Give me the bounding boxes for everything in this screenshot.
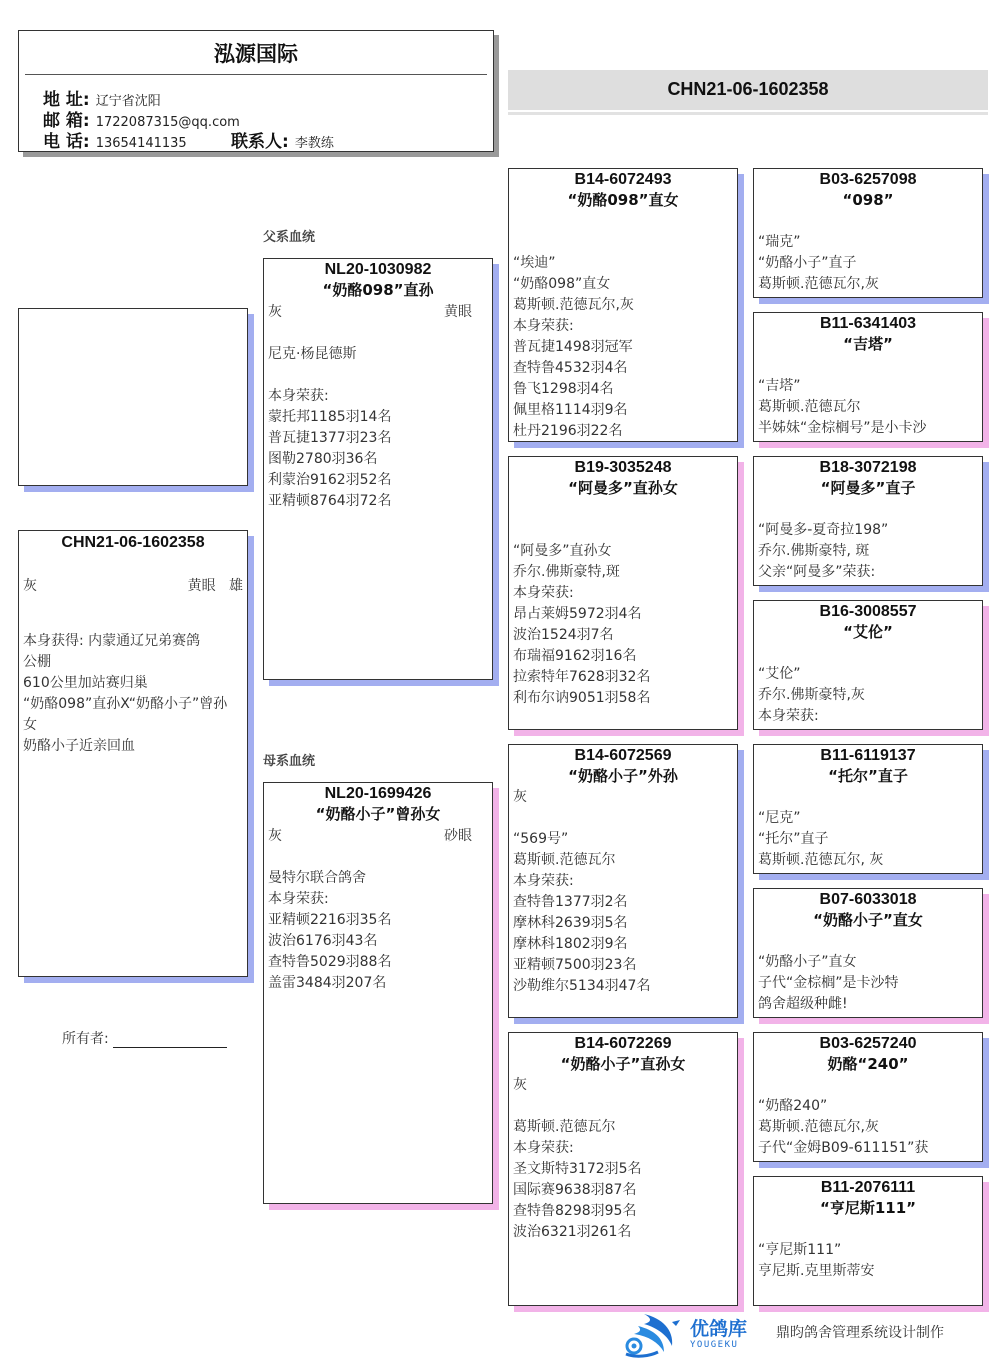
note-line: 摩林科1802羽9名 — [513, 934, 737, 955]
note-line: 查特鲁4532羽4名 — [513, 358, 737, 379]
dam-name: “奶酪小子”曾孙女 — [264, 804, 492, 825]
note-line: 国际赛9638羽87名 — [513, 1180, 737, 1201]
note-line — [513, 1096, 737, 1117]
note-line: “亨尼斯111” — [758, 1240, 982, 1261]
dam-line-label: 母系血统 — [263, 750, 315, 769]
note-line: 波治6321羽261名 — [513, 1222, 737, 1243]
owner-field: 所有者: — [62, 1028, 227, 1048]
note-line: 本身荣获: — [513, 583, 737, 604]
note-line: 亚精顿2216羽35名 — [268, 910, 492, 931]
loft-title: 泓源国际 — [19, 38, 493, 68]
card-notes: “瑞克” “奶酪小子”直子 葛斯顿.范德瓦尔,灰 — [754, 211, 982, 295]
subject-card: CHN21-06-1602358 灰 黄眼 雄 本身获得: 内蒙通辽兄弟赛鸽 公… — [18, 530, 248, 977]
card-ring-number: B14-6072569 — [509, 745, 737, 766]
note-line — [513, 211, 737, 232]
card-ring-number: B11-2076111 — [754, 1177, 982, 1198]
note-line: 葛斯顿.范德瓦尔,灰 — [758, 274, 982, 295]
note-line: 曼特尔联合鸽舍 — [268, 868, 492, 889]
card-ring-number: B16-3008557 — [754, 601, 982, 622]
contact-label: 联系人: — [231, 132, 289, 152]
note-line: 葛斯顿.范德瓦尔,灰 — [758, 1117, 982, 1138]
sire-eye: 黄眼 — [444, 301, 472, 323]
note-line: 普瓦捷1377羽23名 — [268, 428, 492, 449]
note-line — [513, 808, 737, 829]
note-line: 查特鲁5029羽88名 — [268, 952, 492, 973]
sire-line-label: 父系血统 — [263, 226, 315, 245]
card-ring-number: B03-6257098 — [754, 169, 982, 190]
note-line: 子代“金棕榈”是卡沙特 — [758, 973, 982, 994]
granddam-paternal-card: B19-3035248 “阿曼多”直孙女 “阿曼多”直孙女 乔尔.佛斯豪特,斑 … — [508, 456, 738, 730]
note-line: 拉索特年7628羽32名 — [513, 667, 737, 688]
card-name: “奶酪098”直女 — [509, 190, 737, 211]
note-line — [758, 787, 982, 808]
note-line: 父亲“阿曼多”荣获: — [758, 562, 982, 583]
card-name: “托尔”直子 — [754, 766, 982, 787]
dam-ring-number: NL20-1699426 — [264, 783, 492, 804]
note-line: 乔尔.佛斯豪特,灰 — [758, 685, 982, 706]
note-line — [513, 520, 737, 541]
note-line: 本身荣获: — [268, 386, 492, 407]
note-line: 杜丹2196羽22名 — [513, 421, 737, 442]
card-name: “奶酪小子”外孙 — [509, 766, 737, 787]
note-line: “尼克” — [758, 808, 982, 829]
note-line: 布瑞福9162羽16名 — [513, 646, 737, 667]
note-line: 鲁飞1298羽4名 — [513, 379, 737, 400]
swirl-wing-logo-icon — [622, 1312, 682, 1358]
note-line: 本身荣获: — [513, 1138, 737, 1159]
owner-signature-line — [113, 1033, 227, 1048]
note-line: 沙勒维尔5134羽47名 — [513, 976, 737, 997]
card-ring-number: B14-6072493 — [509, 169, 737, 190]
note-line: 葛斯顿.范德瓦尔 — [758, 397, 982, 418]
note-line — [513, 232, 737, 253]
note-line: 本身荣获: — [513, 316, 737, 337]
great-grandparent-card-6: B07-6033018 “奶酪小子”直女 “奶酪小子”直女 子代“金棕榈”是卡沙… — [753, 888, 983, 1018]
contact-value: 李教练 — [295, 136, 334, 151]
note-line: 灰 — [513, 787, 737, 808]
note-line: “阿曼多”直孙女 — [513, 541, 737, 562]
grandsire-paternal-card: B14-6072493 “奶酪098”直女 “埃迪” “奶酪098”直女 葛斯顿… — [508, 168, 738, 442]
card-name: “艾伦” — [754, 622, 982, 643]
card-notes: “奶酪240” 葛斯顿.范德瓦尔,灰 子代“金姆B09-611151”获 — [754, 1075, 982, 1159]
note-line — [268, 365, 492, 386]
card-notes: “阿曼多”直孙女 乔尔.佛斯豪特,斑 本身荣获: 昂占莱姆5972羽4名 波治1… — [509, 499, 737, 709]
note-line: 半姊妹“金棕榈号”是小卡沙 — [758, 418, 982, 439]
note-line: 女 — [23, 715, 247, 736]
note-line: 葛斯顿.范德瓦尔,灰 — [513, 295, 737, 316]
card-ring-number: B18-3072198 — [754, 457, 982, 478]
note-line: 鸽舍超级种雌! — [758, 994, 982, 1015]
card-ring-number: B11-6119137 — [754, 745, 982, 766]
subject-notes: 本身获得: 内蒙通辽兄弟赛鸽 公棚 610公里加站赛归巢 “奶酪098”直孙X“… — [19, 631, 247, 757]
note-line — [758, 355, 982, 376]
note-line: 灰 — [513, 1075, 737, 1096]
note-line: 尼克·杨昆德斯 — [268, 344, 492, 365]
grandsire-maternal-card: B14-6072569 “奶酪小子”外孙 灰 “569号” 葛斯顿.范德瓦尔 本… — [508, 744, 738, 1018]
note-line: 波治1524羽7名 — [513, 625, 737, 646]
brand-logo: 优鸽库 YOUGEKU — [690, 1318, 747, 1350]
subject-eye: 黄眼 — [188, 578, 216, 594]
great-grandparent-card-4: B16-3008557 “艾伦” “艾伦” 乔尔.佛斯豪特,灰 本身荣获: — [753, 600, 983, 730]
great-grandparent-card-8: B11-2076111 “亨尼斯111” “亨尼斯111” 亨尼斯.克里斯蒂安 — [753, 1176, 983, 1306]
header-divider — [25, 74, 487, 75]
card-name: “阿曼多”直子 — [754, 478, 982, 499]
card-ring-number: B14-6072269 — [509, 1033, 737, 1054]
subject-sex: 雄 — [229, 578, 243, 594]
note-line: 利布尔讷9051羽58名 — [513, 688, 737, 709]
card-name: “亨尼斯111” — [754, 1198, 982, 1219]
note-line: 蒙托邦1185羽14名 — [268, 407, 492, 428]
note-line — [758, 211, 982, 232]
note-line — [513, 499, 737, 520]
note-line: 亚精顿8764羽72名 — [268, 491, 492, 512]
brand-name-en: YOUGEKU — [690, 1340, 747, 1350]
note-line: “阿曼多-夏奇拉198” — [758, 520, 982, 541]
granddam-maternal-card: B14-6072269 “奶酪小子”直孙女 灰 葛斯顿.范德瓦尔 本身荣获: 圣… — [508, 1032, 738, 1306]
card-name: “阿曼多”直孙女 — [509, 478, 737, 499]
note-line: 波治6176羽43名 — [268, 931, 492, 952]
note-line: 公棚 — [23, 652, 247, 673]
note-line: 葛斯顿.范德瓦尔 — [513, 850, 737, 871]
note-line — [268, 847, 492, 868]
note-line: 摩林科2639羽5名 — [513, 913, 737, 934]
note-line: “奶酪098”直孙X“奶酪小子”曾孙 — [23, 694, 247, 715]
card-ring-number: B03-6257240 — [754, 1033, 982, 1054]
note-line: “瑞克” — [758, 232, 982, 253]
sire-notes: 尼克·杨昆德斯 本身荣获: 蒙托邦1185羽14名 普瓦捷1377羽23名 图勒… — [264, 323, 492, 512]
card-notes: 灰 葛斯顿.范德瓦尔 本身荣获: 圣文斯特3172羽5名 国际赛9638羽87名… — [509, 1075, 737, 1243]
note-line: 乔尔.佛斯豪特,斑 — [513, 562, 737, 583]
note-line: 查特鲁8298羽95名 — [513, 1201, 737, 1222]
brand-name-cn: 优鸽库 — [690, 1318, 747, 1340]
banner-divider — [508, 112, 988, 115]
card-notes: “埃迪” “奶酪098”直女 葛斯顿.范德瓦尔,灰 本身荣获: 普瓦捷1498羽… — [509, 211, 737, 442]
note-line — [758, 643, 982, 664]
note-line: 查特鲁1377羽2名 — [513, 892, 737, 913]
subject-ring-number: CHN21-06-1602358 — [19, 532, 247, 553]
sire-name: “奶酪098”直孙 — [264, 280, 492, 301]
note-line: 610公里加站赛归巢 — [23, 673, 247, 694]
subject-attributes: 灰 黄眼 雄 — [19, 575, 247, 597]
card-notes: “尼克” “托尔”直子 葛斯顿.范德瓦尔, 灰 — [754, 787, 982, 871]
note-line: 奶酪小子近亲回血 — [23, 736, 247, 757]
pigeon-photo-frame — [18, 308, 248, 486]
note-line: “托尔”直子 — [758, 829, 982, 850]
note-line: 佩里格1114羽9名 — [513, 400, 737, 421]
ring-number-banner: CHN21-06-1602358 — [508, 70, 988, 110]
card-notes: “吉塔” 葛斯顿.范德瓦尔 半姊妹“金棕榈号”是小卡沙 — [754, 355, 982, 439]
card-name: 奶酪“240” — [754, 1054, 982, 1075]
sire-attributes: 灰 黄眼 — [264, 301, 492, 323]
dam-color: 灰 — [268, 825, 282, 847]
note-line — [268, 323, 492, 344]
card-name: “098” — [754, 190, 982, 211]
card-notes: “奶酪小子”直女 子代“金棕榈”是卡沙特 鸽舍超级种雌! — [754, 931, 982, 1015]
dam-attributes: 灰 砂眼 — [264, 825, 492, 847]
note-line: 子代“金姆B09-611151”获 — [758, 1138, 982, 1159]
note-line: “奶酪240” — [758, 1096, 982, 1117]
footer-credit: 鼎昀鸽舍管理系统设计制作 — [776, 1322, 944, 1342]
dam-notes: 曼特尔联合鸽舍 本身荣获: 亚精顿2216羽35名 波治6176羽43名 查特鲁… — [264, 847, 492, 994]
card-notes: 灰 “569号” 葛斯顿.范德瓦尔 本身荣获: 查特鲁1377羽2名 摩林科26… — [509, 787, 737, 997]
card-name: “奶酪小子”直女 — [754, 910, 982, 931]
subject-color: 灰 — [23, 575, 37, 597]
great-grandparent-card-3: B18-3072198 “阿曼多”直子 “阿曼多-夏奇拉198” 乔尔.佛斯豪特… — [753, 456, 983, 586]
sire-card: NL20-1030982 “奶酪098”直孙 灰 黄眼 尼克·杨昆德斯 本身荣获… — [263, 258, 493, 680]
note-line: 本身荣获: — [513, 871, 737, 892]
note-line: 亨尼斯.克里斯蒂安 — [758, 1261, 982, 1282]
owner-label: 所有者: — [62, 1031, 109, 1047]
phone-label: 电 话: — [43, 132, 90, 152]
note-line: 利蒙治9162羽52名 — [268, 470, 492, 491]
note-line: 昂占莱姆5972羽4名 — [513, 604, 737, 625]
phone-row: 电 话:13654141135 — [43, 127, 187, 152]
note-line: 盖雷3484羽207名 — [268, 973, 492, 994]
great-grandparent-card-1: B03-6257098 “098” “瑞克” “奶酪小子”直子 葛斯顿.范德瓦尔… — [753, 168, 983, 298]
note-line: “奶酪098”直女 — [513, 274, 737, 295]
note-line — [758, 499, 982, 520]
note-line: “奶酪小子”直子 — [758, 253, 982, 274]
note-line: “569号” — [513, 829, 737, 850]
card-ring-number: B19-3035248 — [509, 457, 737, 478]
note-line — [758, 1219, 982, 1240]
card-notes: “艾伦” 乔尔.佛斯豪特,灰 本身荣获: — [754, 643, 982, 727]
great-grandparent-card-5: B11-6119137 “托尔”直子 “尼克” “托尔”直子 葛斯顿.范德瓦尔,… — [753, 744, 983, 874]
note-line — [758, 1075, 982, 1096]
contact-row: 联系人:李教练 — [231, 127, 334, 152]
phone-value: 13654141135 — [96, 136, 187, 151]
banner-ring-number: CHN21-06-1602358 — [508, 79, 988, 100]
note-line: 乔尔.佛斯豪特, 斑 — [758, 541, 982, 562]
great-grandparent-card-2: B11-6341403 “吉塔” “吉塔” 葛斯顿.范德瓦尔 半姊妹“金棕榈号”… — [753, 312, 983, 442]
note-line: 普瓦捷1498羽冠军 — [513, 337, 737, 358]
note-line: “埃迪” — [513, 253, 737, 274]
card-name: “奶酪小子”直孙女 — [509, 1054, 737, 1075]
card-ring-number: B11-6341403 — [754, 313, 982, 334]
note-line — [758, 931, 982, 952]
card-name: “吉塔” — [754, 334, 982, 355]
dam-eye: 砂眼 — [444, 825, 472, 847]
note-line: “吉塔” — [758, 376, 982, 397]
note-line: 本身荣获: — [268, 889, 492, 910]
loft-info-card: 泓源国际 地 址:辽宁省沈阳 邮 箱:1722087315@qq.com 电 话… — [18, 30, 494, 152]
note-line: “奶酪小子”直女 — [758, 952, 982, 973]
card-notes: “亨尼斯111” 亨尼斯.克里斯蒂安 — [754, 1219, 982, 1282]
note-line: 亚精顿7500羽23名 — [513, 955, 737, 976]
card-notes: “阿曼多-夏奇拉198” 乔尔.佛斯豪特, 斑 父亲“阿曼多”荣获: — [754, 499, 982, 583]
note-line: 圣文斯特3172羽5名 — [513, 1159, 737, 1180]
note-line: 葛斯顿.范德瓦尔, 灰 — [758, 850, 982, 871]
card-ring-number: B07-6033018 — [754, 889, 982, 910]
sire-ring-number: NL20-1030982 — [264, 259, 492, 280]
note-line: “艾伦” — [758, 664, 982, 685]
great-grandparent-card-7: B03-6257240 奶酪“240” “奶酪240” 葛斯顿.范德瓦尔,灰 子… — [753, 1032, 983, 1162]
note-line: 本身获得: 内蒙通辽兄弟赛鸽 — [23, 631, 247, 652]
dam-card: NL20-1699426 “奶酪小子”曾孙女 灰 砂眼 曼特尔联合鸽舍 本身荣获… — [263, 782, 493, 1204]
note-line: 葛斯顿.范德瓦尔 — [513, 1117, 737, 1138]
note-line: 本身荣获: — [758, 706, 982, 727]
note-line: 图勒2780羽36名 — [268, 449, 492, 470]
sire-color: 灰 — [268, 301, 282, 323]
